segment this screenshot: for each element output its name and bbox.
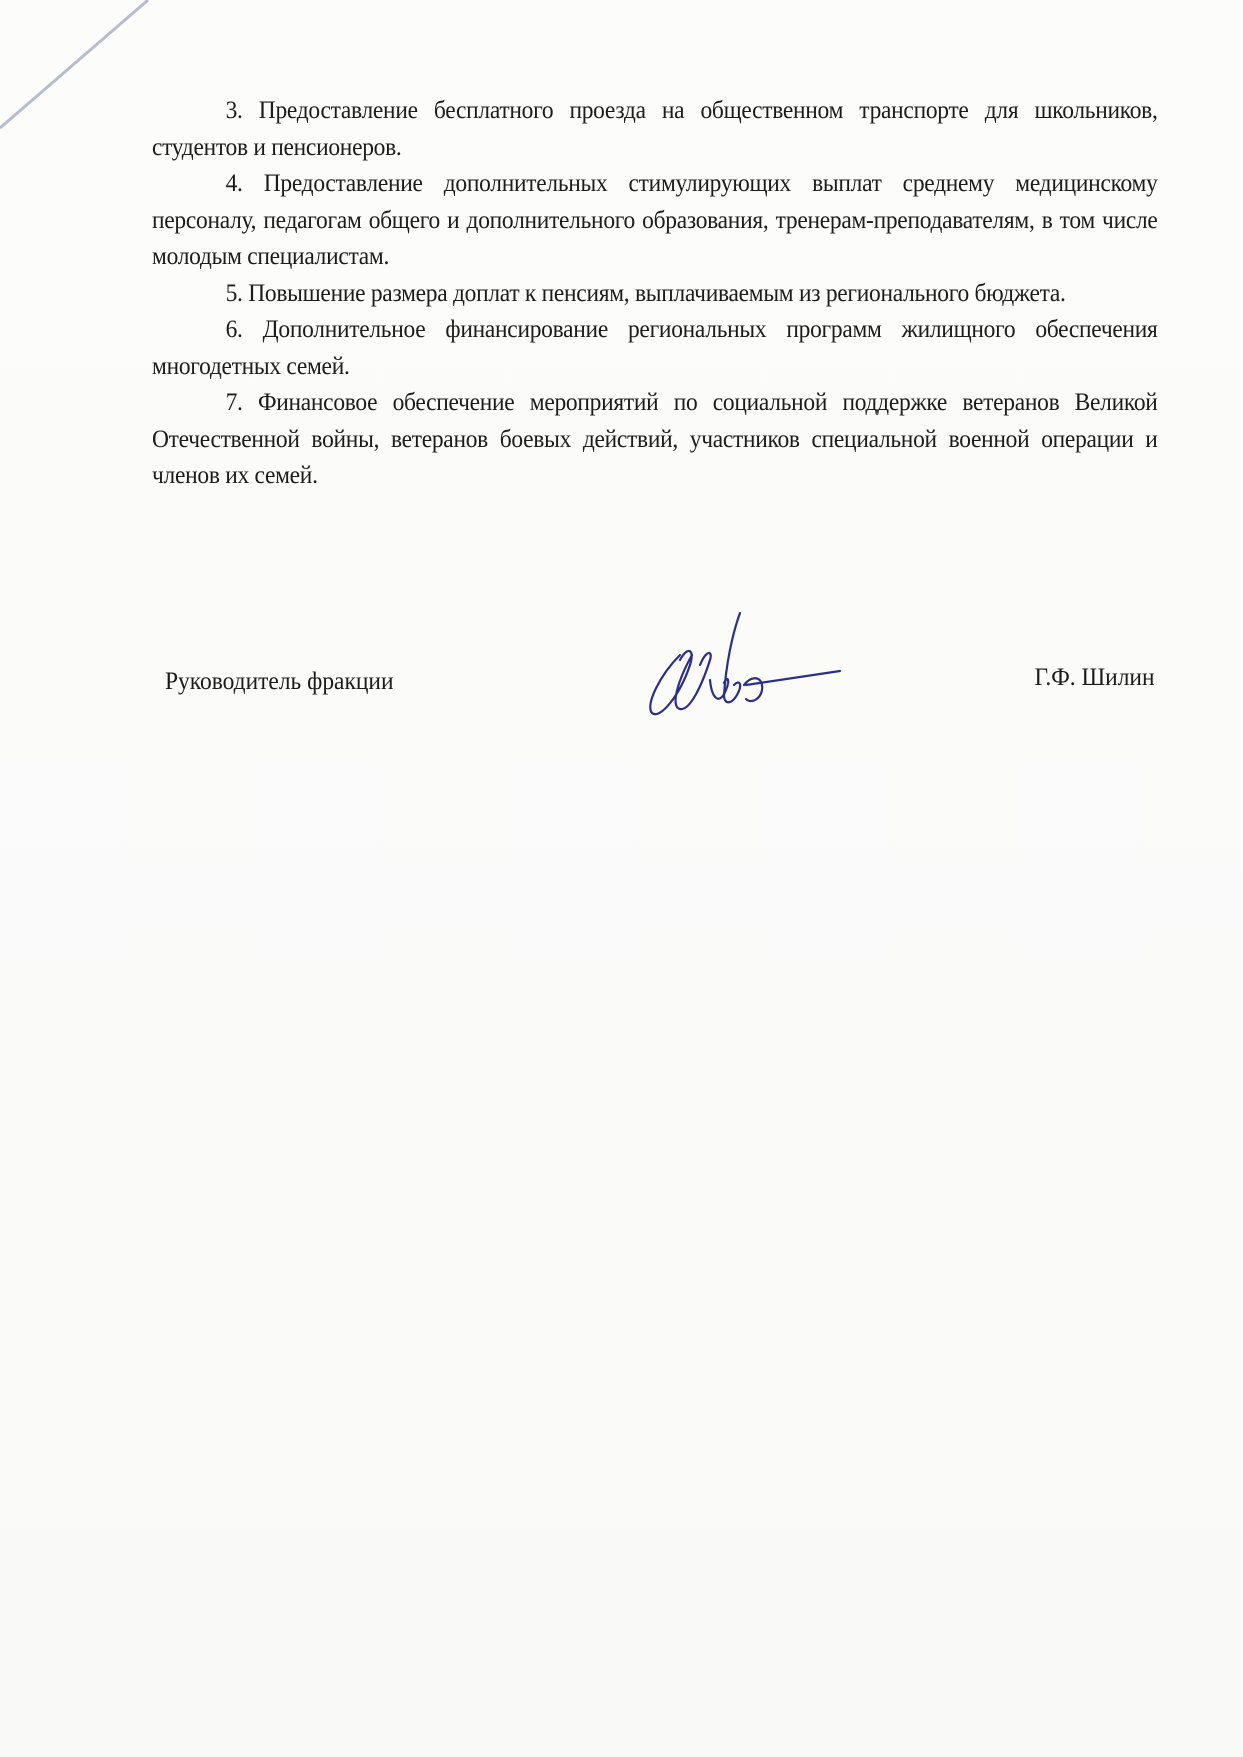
paragraph-item-7: 7. Финансовое обеспечение мероприятий по… (152, 384, 1158, 494)
paragraph-item-3: 3. Предоставление бесплатного проезда на… (152, 92, 1158, 165)
paragraph-item-4: 4. Предоставление дополнительных стимули… (152, 165, 1158, 275)
handwritten-signature-icon (640, 605, 850, 725)
signatory-title: Руководитель фракции (165, 666, 394, 696)
page-corner-fold-icon (0, 0, 160, 140)
document-page: 3. Предоставление бесплатного проезда на… (0, 0, 1243, 1757)
paragraph-item-6: 6. Дополнительное финансирование региона… (152, 311, 1158, 384)
signatory-name: Г.Ф. Шилин (1035, 662, 1155, 692)
document-body: 3. Предоставление бесплатного проезда на… (152, 92, 1158, 494)
paragraph-item-5: 5. Повышение размера доплат к пенсиям, в… (152, 275, 1158, 312)
